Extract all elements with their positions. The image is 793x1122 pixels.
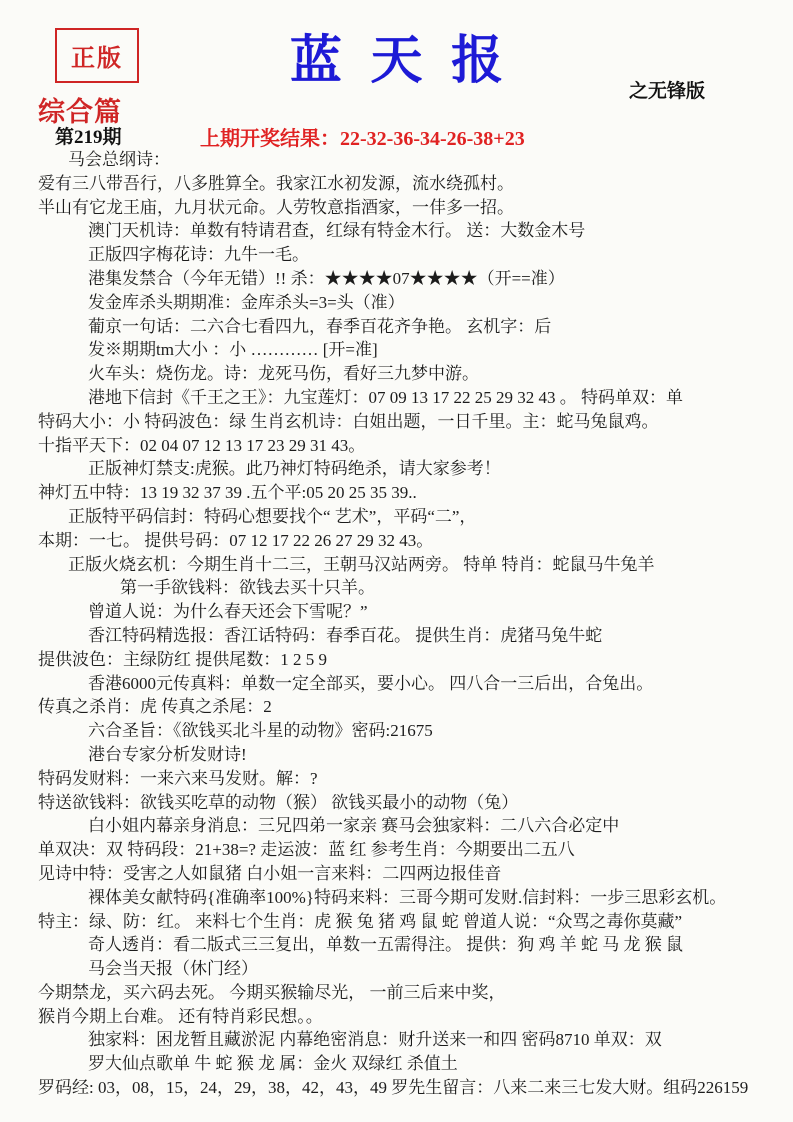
newspaper-page: 正版 蓝天报 之无锋版 综合篇 第219期 上期开奖结果：22-32-36-34… <box>0 0 793 1122</box>
edition-label: 之无锋版 <box>629 76 705 103</box>
issue-number: 第219期 <box>55 122 122 149</box>
text-line: 马会当天报（休门经） <box>88 957 768 981</box>
text-line: 六合圣旨：《欲钱买北斗星的动物》密码:21675 <box>88 719 768 743</box>
text-line: 港地下信封《千王之王》：九宝莲灯：07 09 13 17 22 25 29 32… <box>88 386 768 410</box>
text-line: 发金库杀头期期准：金库杀头=3=头（准） <box>88 291 768 315</box>
text-line: 今期禁龙，买六码去死。 今期买猴输尽光， 一前三后来中奖， <box>38 981 768 1005</box>
text-line: 裸体美女献特码{准确率100%}特码来料：三哥今期可发财.信封料：一步三思彩玄机… <box>88 886 768 910</box>
text-line: 爱有三八带吾行，八多胜算全。我家江水初发源，流水绕孤村。 <box>38 172 768 196</box>
text-line: 奇人透肖：看二版式三三复出，单数一五需得注。 提供：狗 鸡 羊 蛇 马 龙 猴 … <box>88 933 768 957</box>
text-line: 提供波色：主绿防红 提供尾数：1 2 5 9 <box>38 648 768 672</box>
text-line: 正版四字梅花诗：九牛一毛。 <box>88 243 768 267</box>
text-line: 特主：绿、防：红。 来料七个生肖：虎 猴 兔 猪 鸡 鼠 蛇 曾道人说：“众骂之… <box>38 910 768 934</box>
text-line: 半山有它龙王庙，九月状元命。人劳牧意指酒家，一仹多一招。 <box>38 196 768 220</box>
text-line: 正版火烧玄机：今期生肖十二三，王朝马汉站两旁。 特单 特肖：蛇鼠马牛兔羊 <box>68 553 768 577</box>
text-line: 特送欲钱料：欲钱买吃草的动物（猴） 欲钱买最小的动物（兔） <box>38 791 768 815</box>
text-line: 罗码经: 03，08，15，24，29，38，42，43，49 罗先生留言：八来… <box>38 1076 768 1100</box>
text-line: 正版神灯禁支:虎猴。此乃神灯特码绝杀，请大家参考！ <box>88 457 768 481</box>
text-line: 神灯五中特：13 19 32 37 39 .五个平:05 20 25 35 39… <box>38 481 768 505</box>
text-line: 本期：一七。 提供号码：07 12 17 22 26 27 29 32 43。 <box>38 529 768 553</box>
text-line: 特码发财料：一来六来马发财。解：? <box>38 767 768 791</box>
text-line: 见诗中特：受害之人如鼠猪 白小姐一言来料：二四两边报佳音 <box>38 862 768 886</box>
last-draw-result-numbers: 22-32-36-34-26-38+23 <box>340 128 525 150</box>
text-line: 独家料：困龙暂且藏淤泥 内幕绝密消息：财升送来一和四 密码8710 单双：双 <box>88 1028 768 1052</box>
text-line: 罗大仙点歌单 牛 蛇 猴 龙 属：金火 双绿红 杀值土 <box>88 1052 768 1076</box>
text-line: 单双决：双 特码段：21+38=? 走运波：蓝 红 参考生肖：今期要出二五八 <box>38 838 768 862</box>
body-lines: 马会总纲诗：爱有三八带吾行，八多胜算全。我家江水初发源，流水绕孤村。半山有它龙王… <box>38 148 768 1100</box>
text-line: 传真之杀肖：虎 传真之杀尾：2 <box>38 695 768 719</box>
text-line: 猴肖今期上台难。 还有特肖彩民想。。 <box>38 1005 768 1029</box>
text-line: 特码大小：小 特码波色：绿 生肖玄机诗：白姐出题，一日千里。主：蛇马兔鼠鸡。 <box>38 410 768 434</box>
text-line: 港集发禁合（今年无错）!! 杀：★★★★07★★★★（开==准） <box>88 267 768 291</box>
text-line: 发※期期tm大小 ：小 ………… [开=准] <box>88 338 768 362</box>
last-draw-result-label: 上期开奖结果： <box>200 128 340 150</box>
text-line: 葡京一句话：二六合七看四九，春季百花齐争艳。 玄机字：后 <box>88 315 768 339</box>
text-line: 香港6000元传真料：单数一定全部买，要小心。 四八合一三后出，合兔出。 <box>88 672 768 696</box>
text-line: 十指平天下：02 04 07 12 13 17 23 29 31 43。 <box>38 434 768 458</box>
text-line: 香江特码精选报：香江话特码：春季百花。 提供生肖：虎猪马兔牛蛇 <box>88 624 768 648</box>
text-line: 白小姐内幕亲身消息：三兄四弟一家亲 赛马会独家料：二八六合必定中 <box>88 814 768 838</box>
text-line: 正版特平码信封：特码心想要找个“ 艺术”，平码“二”， <box>68 505 768 529</box>
text-line: 火车头：烧伤龙。诗：龙死马伤，看好三九梦中游。 <box>88 362 768 386</box>
text-line: 港台专家分析发财诗! <box>88 743 768 767</box>
text-line: 第一手欲钱料：欲钱去买十只羊。 <box>120 576 768 600</box>
text-line: 马会总纲诗： <box>68 148 768 172</box>
text-line: 澳门天机诗：单数有特请君查，红绿有特金木行。 送：大数金木号 <box>88 219 768 243</box>
last-draw-result: 上期开奖结果：22-32-36-34-26-38+23 <box>200 122 525 151</box>
text-line: 曾道人说：为什么春天还会下雪呢？” <box>88 600 768 624</box>
